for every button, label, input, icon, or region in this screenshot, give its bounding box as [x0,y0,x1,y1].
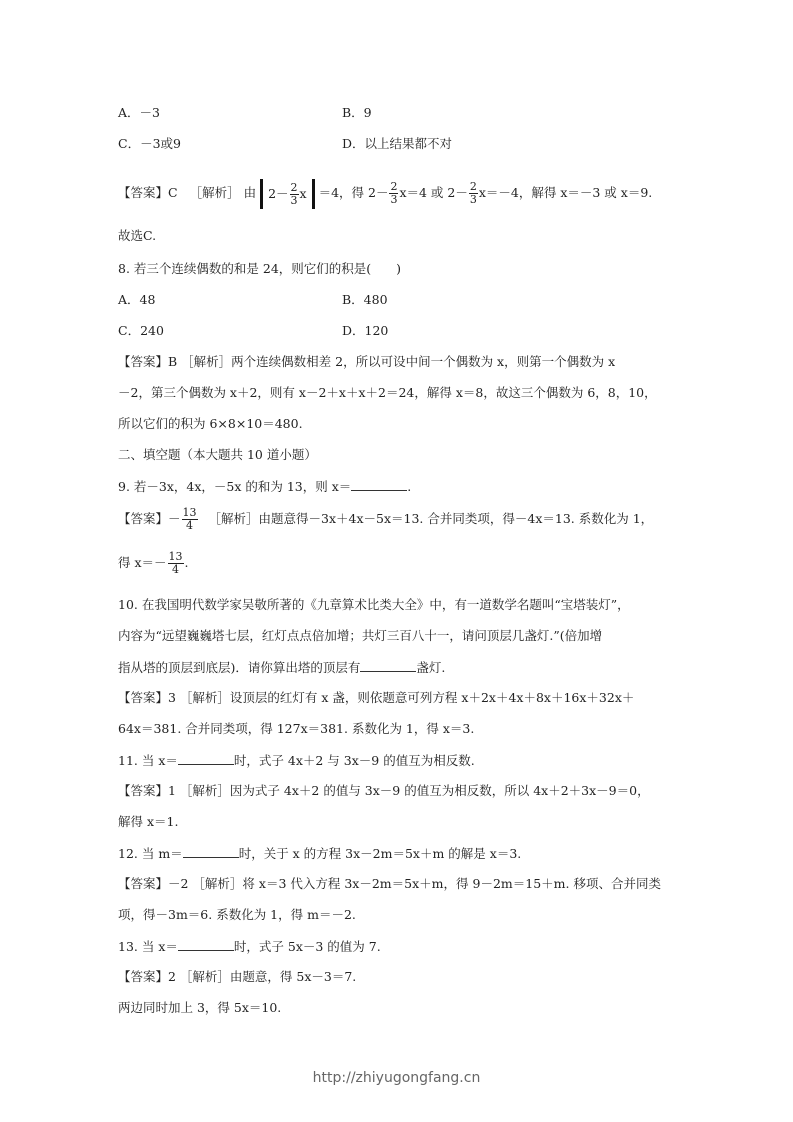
q8-answer-line-3: 所以它们的积为 6×8×10＝480. [118,416,303,432]
q12-answer-line-1: 【答案】－2 ［解析］将 x＝3 代入方程 3x－2m＝5x＋m，得 9－2m＝… [118,876,661,892]
answer-blank [351,478,407,491]
answer-blank [183,845,239,858]
denominator: 4 [182,520,198,532]
q10-question-line-2: 内容为“远望巍巍塔七层，红灯点点倍加增；共灯三百八十一，请问顶层几盏灯.”(倍加… [118,628,602,644]
q8-option-c: C．240 [118,323,164,339]
answer-tag: 【答案】C [118,185,178,200]
text: . [407,479,411,494]
text: x＝－4，解得 x＝－3 或 x＝9. [479,185,652,200]
q8-option-a: A．48 [118,292,155,308]
text: 时，式子 5x－3 的值为 7. [234,939,381,954]
q13-answer-line-2: 两边同时加上 3，得 5x＝10. [118,1000,281,1016]
text: 指从塔的顶层到底层)．请你算出塔的顶层有 [118,660,360,675]
text: 9. 若－3x，4x，－5x 的和为 13，则 x＝ [118,479,351,494]
text: x＝4 或 2－ [399,185,467,200]
q8-answer-line-2: －2，第三个偶数为 x＋2，则有 x－2＋x＋x＋2＝24，解得 x＝8，故这三… [118,385,657,401]
q8-option-d: D．120 [342,323,388,339]
text: 时，关于 x 的方程 3x－2m＝5x＋m 的解是 x＝3. [239,846,522,861]
q13-question: 13. 当 x＝时，式子 5x－3 的值为 7. [118,938,381,955]
q12-answer-line-2: 项，得－3m＝6. 系数化为 1，得 m＝－2. [118,907,356,923]
answer-blank [360,659,416,672]
section-heading: 二、填空题（本大题共 10 道小题） [118,447,317,463]
fraction: 23 [290,182,299,207]
text: 盏灯. [416,660,445,675]
q12-question: 12. 当 m＝时，关于 x 的方程 3x－2m＝5x＋m 的解是 x＝3. [118,845,521,862]
q9-answer: 【答案】－134 ［解析］由题意得－3x＋4x－5x＝13. 合并同类项，得－4… [118,504,653,534]
q13-answer-line-1: 【答案】2 ［解析］由题意，得 5x－3＝7. [118,969,356,985]
analysis-tag: ［解析］ [190,185,240,200]
q7-option-c: C．－3或9 [118,136,181,152]
q9-question: 9. 若－3x，4x，－5x 的和为 13，则 x＝. [118,478,411,495]
q7-option-d: D．以上结果都不对 [342,136,452,152]
q8-option-b: B．480 [342,292,388,308]
text: 2－ [268,186,288,201]
q7-answer: 【答案】C ［解析］ 由 2－23x ＝4，得 2－23x＝4 或 2－23x＝… [118,178,652,209]
q10-question-line-1: 10. 在我国明代数学家吴敬所著的《九章算术比类大全》中，有一道数学名题叫“宝塔… [118,597,630,613]
q11-answer-line-2: 解得 x＝1. [118,814,178,830]
answer-blank [178,938,234,951]
text: 由 [244,185,257,200]
denominator: 4 [168,564,184,576]
text: 13. 当 x＝ [118,939,178,954]
answer-blank [178,752,234,765]
text: 得 x＝－ [118,555,167,570]
fraction: 23 [389,181,398,206]
q9-answer-line-2: 得 x＝－134. [118,548,189,578]
fraction: 23 [469,181,478,206]
text: ＝4，得 2－ [319,185,389,200]
text: 12. 当 m＝ [118,846,183,861]
q10-answer-line-2: 64x＝381. 合并同类项，得 127x＝381. 系数化为 1，得 x＝3. [118,721,474,737]
q11-question: 11. 当 x＝时，式子 4x＋2 与 3x－9 的值互为相反数. [118,752,475,769]
text: ［解析］由题意得－3x＋4x－5x＝13. 合并同类项，得－4x＝13. 系数化… [209,511,654,526]
text: 时，式子 4x＋2 与 3x－9 的值互为相反数. [234,753,475,768]
numerator: 2 [290,182,299,195]
text: . [185,555,189,570]
fraction: 134 [168,551,184,576]
denominator: 3 [290,195,299,207]
absolute-value-expression: 2－23x [260,179,315,209]
denominator: 3 [389,194,398,206]
q10-question-line-3: 指从塔的顶层到底层)．请你算出塔的顶层有盏灯. [118,659,445,676]
footer-url: http://zhiyugongfang.cn [0,1070,793,1086]
text: x [300,186,307,201]
q8-answer-line-1: 【答案】B ［解析］两个连续偶数相差 2，所以可设中间一个偶数为 x，则第一个偶… [118,354,615,370]
denominator: 3 [469,194,478,206]
text: 11. 当 x＝ [118,753,178,768]
q10-answer-line-1: 【答案】3 ［解析］设顶层的红灯有 x 盏，则依题意可列方程 x＋2x＋4x＋8… [118,690,634,706]
q8-question: 8. 若三个连续偶数的和是 24，则它们的积是( ) [118,261,401,277]
q11-answer-line-1: 【答案】1 ［解析］因为式子 4x＋2 的值与 3x－9 的值互为相反数，所以 … [118,783,650,799]
answer-tag: 【答案】－ [118,511,181,526]
q7-conclusion: 故选C. [118,228,156,244]
q7-option-a: A．－3 [118,105,160,121]
fraction: 134 [182,507,198,532]
q7-option-b: B．9 [342,105,372,121]
